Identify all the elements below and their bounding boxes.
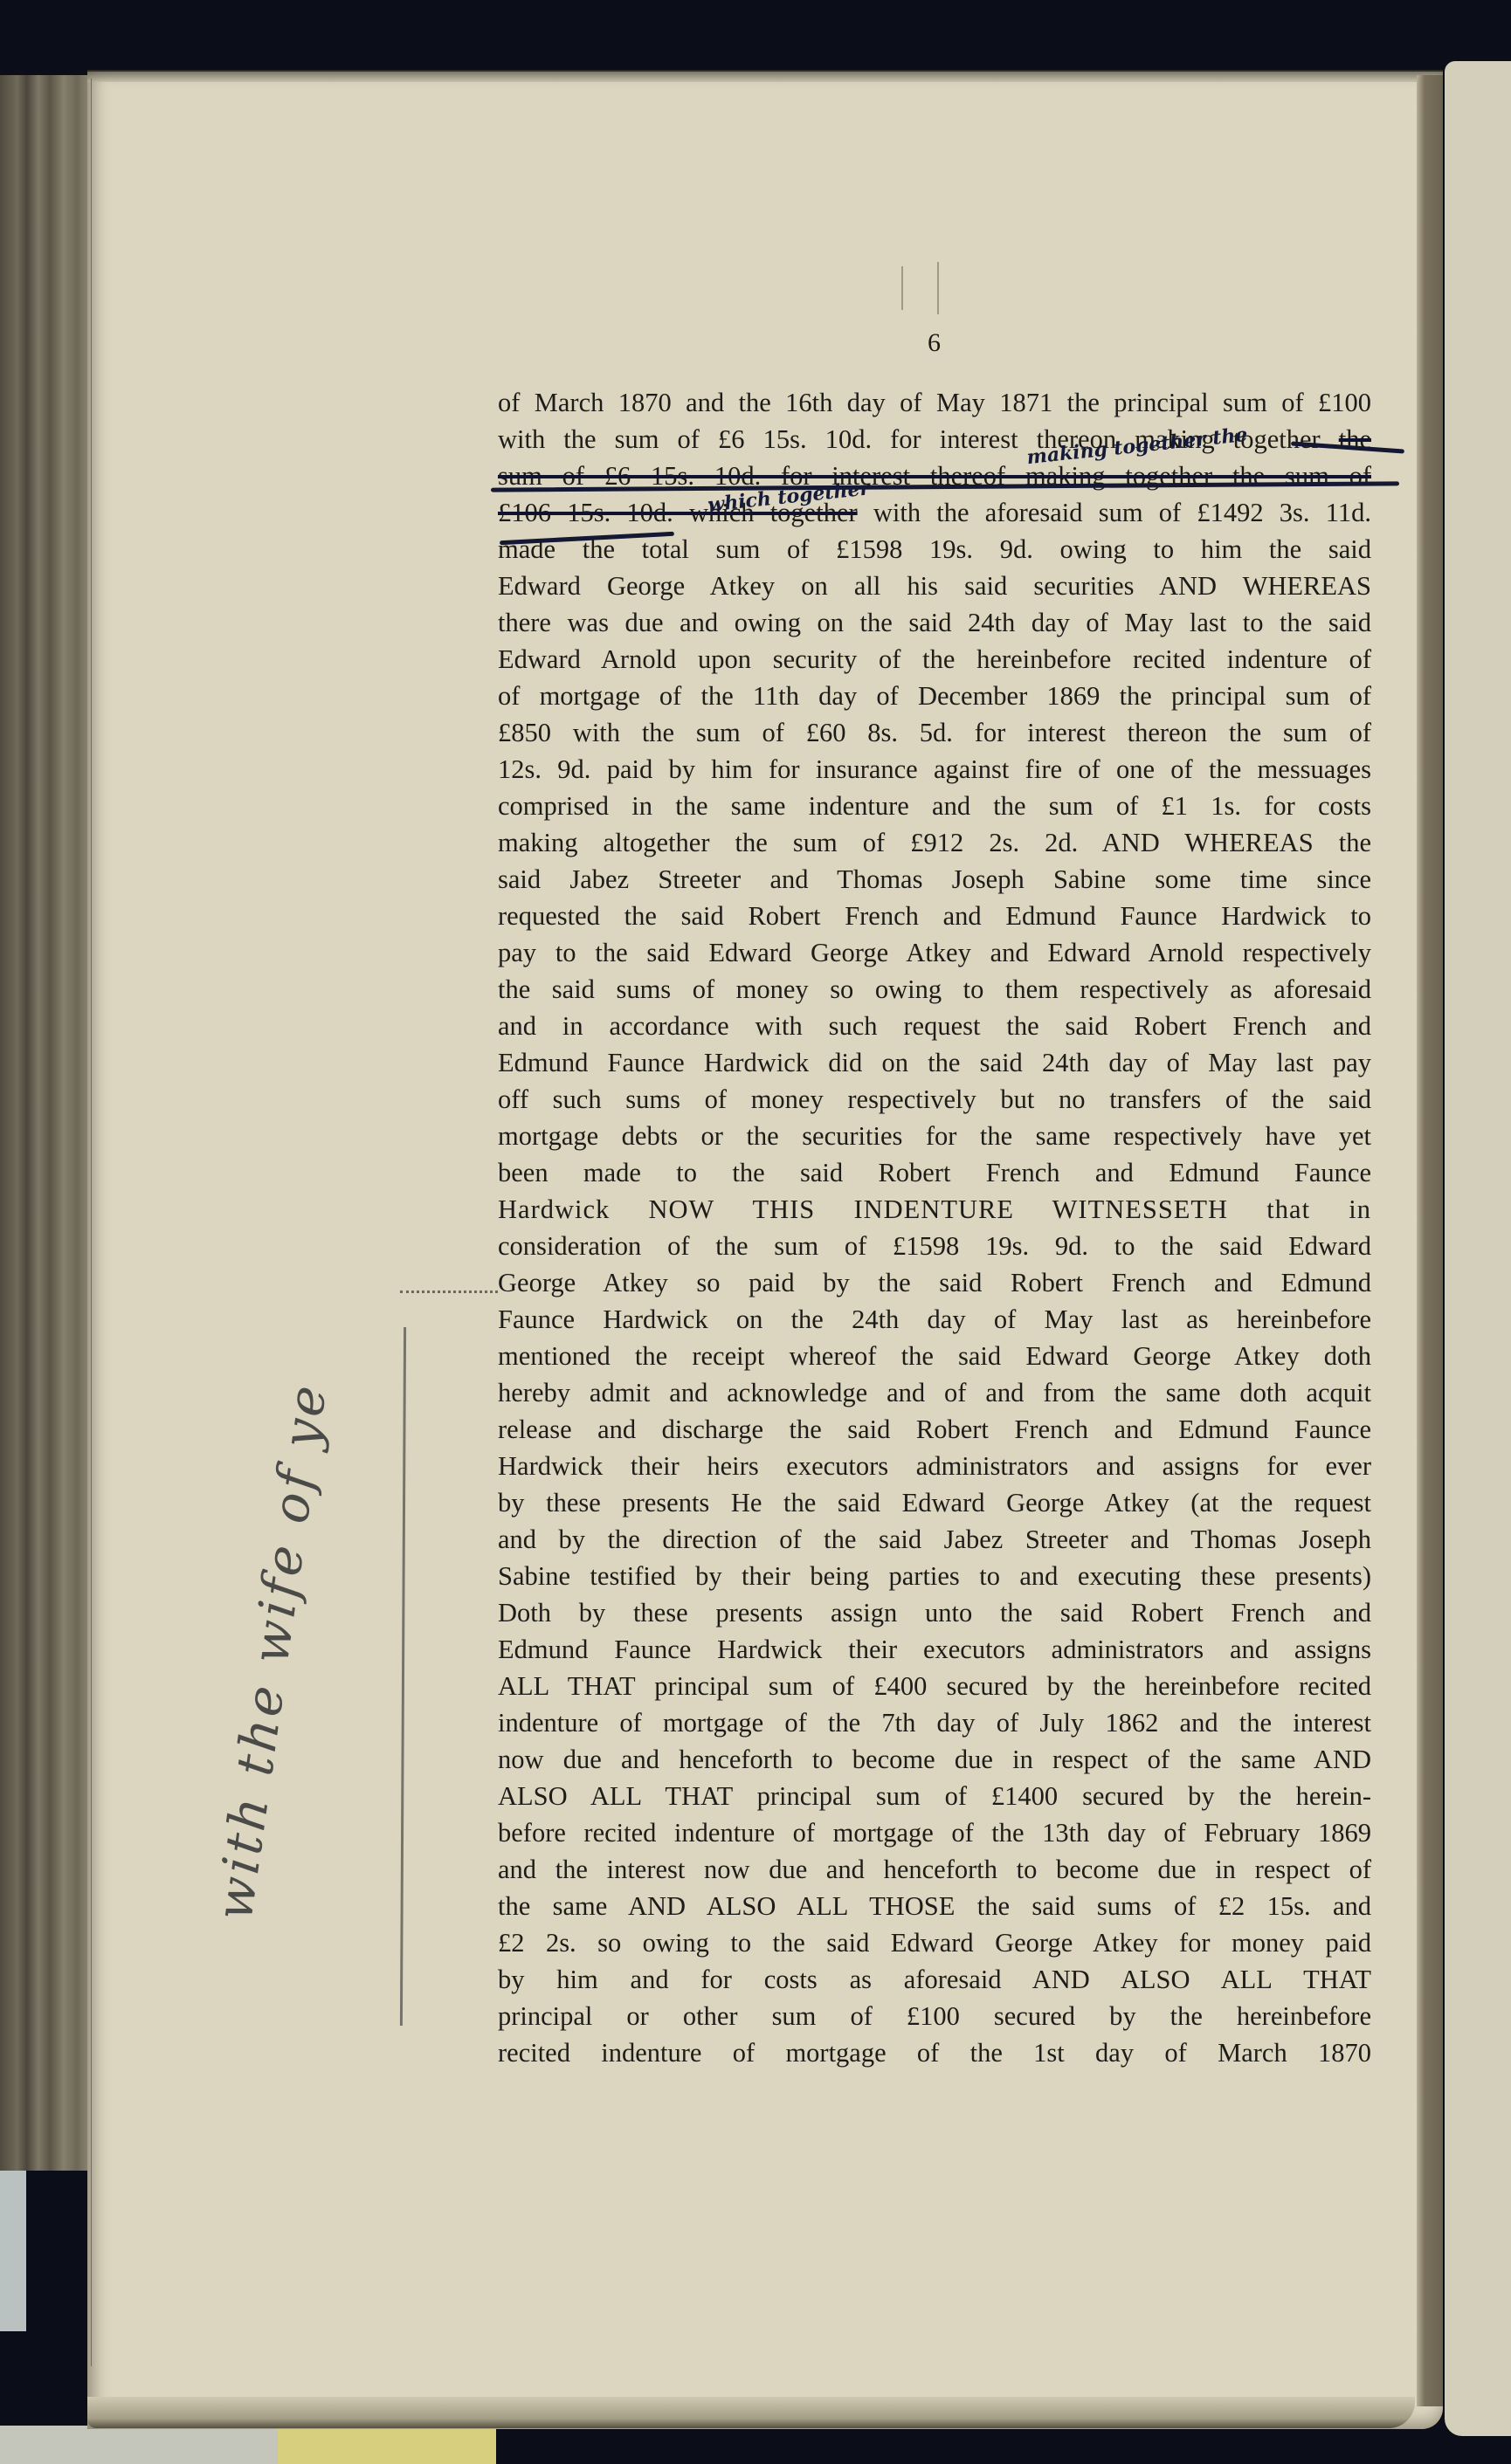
text-line: ALL THAT principal sum of £400 secured b… [498,1668,1371,1704]
page-number: 6 [928,328,941,358]
text-line: Edward George Atkey on all his said secu… [498,568,1371,604]
text-line: mentioned the receipt whereof the said E… [498,1338,1371,1374]
text-line: indenture of mortgage of the 7th day of … [498,1704,1371,1741]
text-line: £106 15s. 10d. which together with the a… [498,494,1371,531]
text-line: off such sums of money respectively but … [498,1081,1371,1118]
dotted-leader [400,1291,498,1293]
text-line: and the interest now due and henceforth … [498,1851,1371,1888]
text-line: £850 with the sum of £60 8s. 5d. for int… [498,714,1371,751]
gutter-shadow [1417,75,1443,2406]
yellow-sheet [278,2423,496,2464]
text-line: hereby admit and acknowledge and of and … [498,1374,1371,1411]
pencil-mark [937,262,939,314]
pencil-mark [901,266,903,310]
text-line: Hardwick NOW THIS INDENTURE WITNESSETH t… [498,1191,1371,1228]
text-line: making altogether the sum of £912 2s. 2d… [498,824,1371,861]
text-line: by these presents He the said Edward Geo… [498,1484,1371,1521]
text-line: and by the direction of the said Jabez S… [498,1521,1371,1558]
text-line: Faunce Hardwick on the 24th day of May l… [498,1301,1371,1338]
text-line: Edmund Faunce Hardwick did on the said 2… [498,1044,1371,1081]
facing-page [1445,61,1511,2436]
text-line: comprised in the same indenture and the … [498,788,1371,824]
text-line: and in accordance with such request the … [498,1008,1371,1044]
page-fold-line [91,79,92,2366]
text-line: Sabine testified by their being parties … [498,1558,1371,1594]
text-line: the said sums of money so owing to them … [498,971,1371,1008]
text-line: ALSO ALL THAT principal sum of £1400 sec… [498,1778,1371,1814]
page-stack-edges [0,75,96,2171]
text-line: £2 2s. so owing to the said Edward Georg… [498,1924,1371,1961]
text-line: release and discharge the said Robert Fr… [498,1411,1371,1448]
text-line: 12s. 9d. paid by him for insurance again… [498,751,1371,788]
text-line: now due and henceforth to become due in … [498,1741,1371,1778]
text-line: by him and for costs as aforesaid AND AL… [498,1961,1371,1998]
text-line: said Jabez Streeter and Thomas Joseph Sa… [498,861,1371,898]
text-line: there was due and owing on the said 24th… [498,604,1371,641]
text-line: consideration of the sum of £1598 19s. 9… [498,1228,1371,1264]
text-line: principal or other sum of £100 secured b… [498,1998,1371,2034]
text-line: Doth by these presents assign unto the s… [498,1594,1371,1631]
text-line: requested the said Robert French and Edm… [498,898,1371,934]
text-line: Edmund Faunce Hardwick their executors a… [498,1631,1371,1668]
document-body: of March 1870 and the 16th day of May 18… [498,384,1371,2071]
text-line: the same AND ALSO ALL THOSE the said sum… [498,1888,1371,1924]
text-line: of March 1870 and the 16th day of May 18… [498,384,1371,421]
text-line: been made to the said Robert French and … [498,1154,1371,1191]
text-line: George Atkey so paid by the said Robert … [498,1264,1371,1301]
page-top-edge [87,70,1443,82]
page-bottom-edge [87,2397,1415,2428]
text-line: recited indenture of mortgage of the 1st… [498,2034,1371,2071]
background-surface [0,2426,278,2464]
text-line: of mortgage of the 11th day of December … [498,678,1371,714]
text-line: before recited indenture of mortgage of … [498,1814,1371,1851]
text-line: Edward Arnold upon security of the herei… [498,641,1371,678]
text-line: Hardwick their heirs executors administr… [498,1448,1371,1484]
line-text: with the aforesaid sum of £1492 3s. 11d. [858,498,1371,527]
text-line: pay to the said Edward George Atkey and … [498,934,1371,971]
text-line: mortgage debts or the securities for the… [498,1118,1371,1154]
